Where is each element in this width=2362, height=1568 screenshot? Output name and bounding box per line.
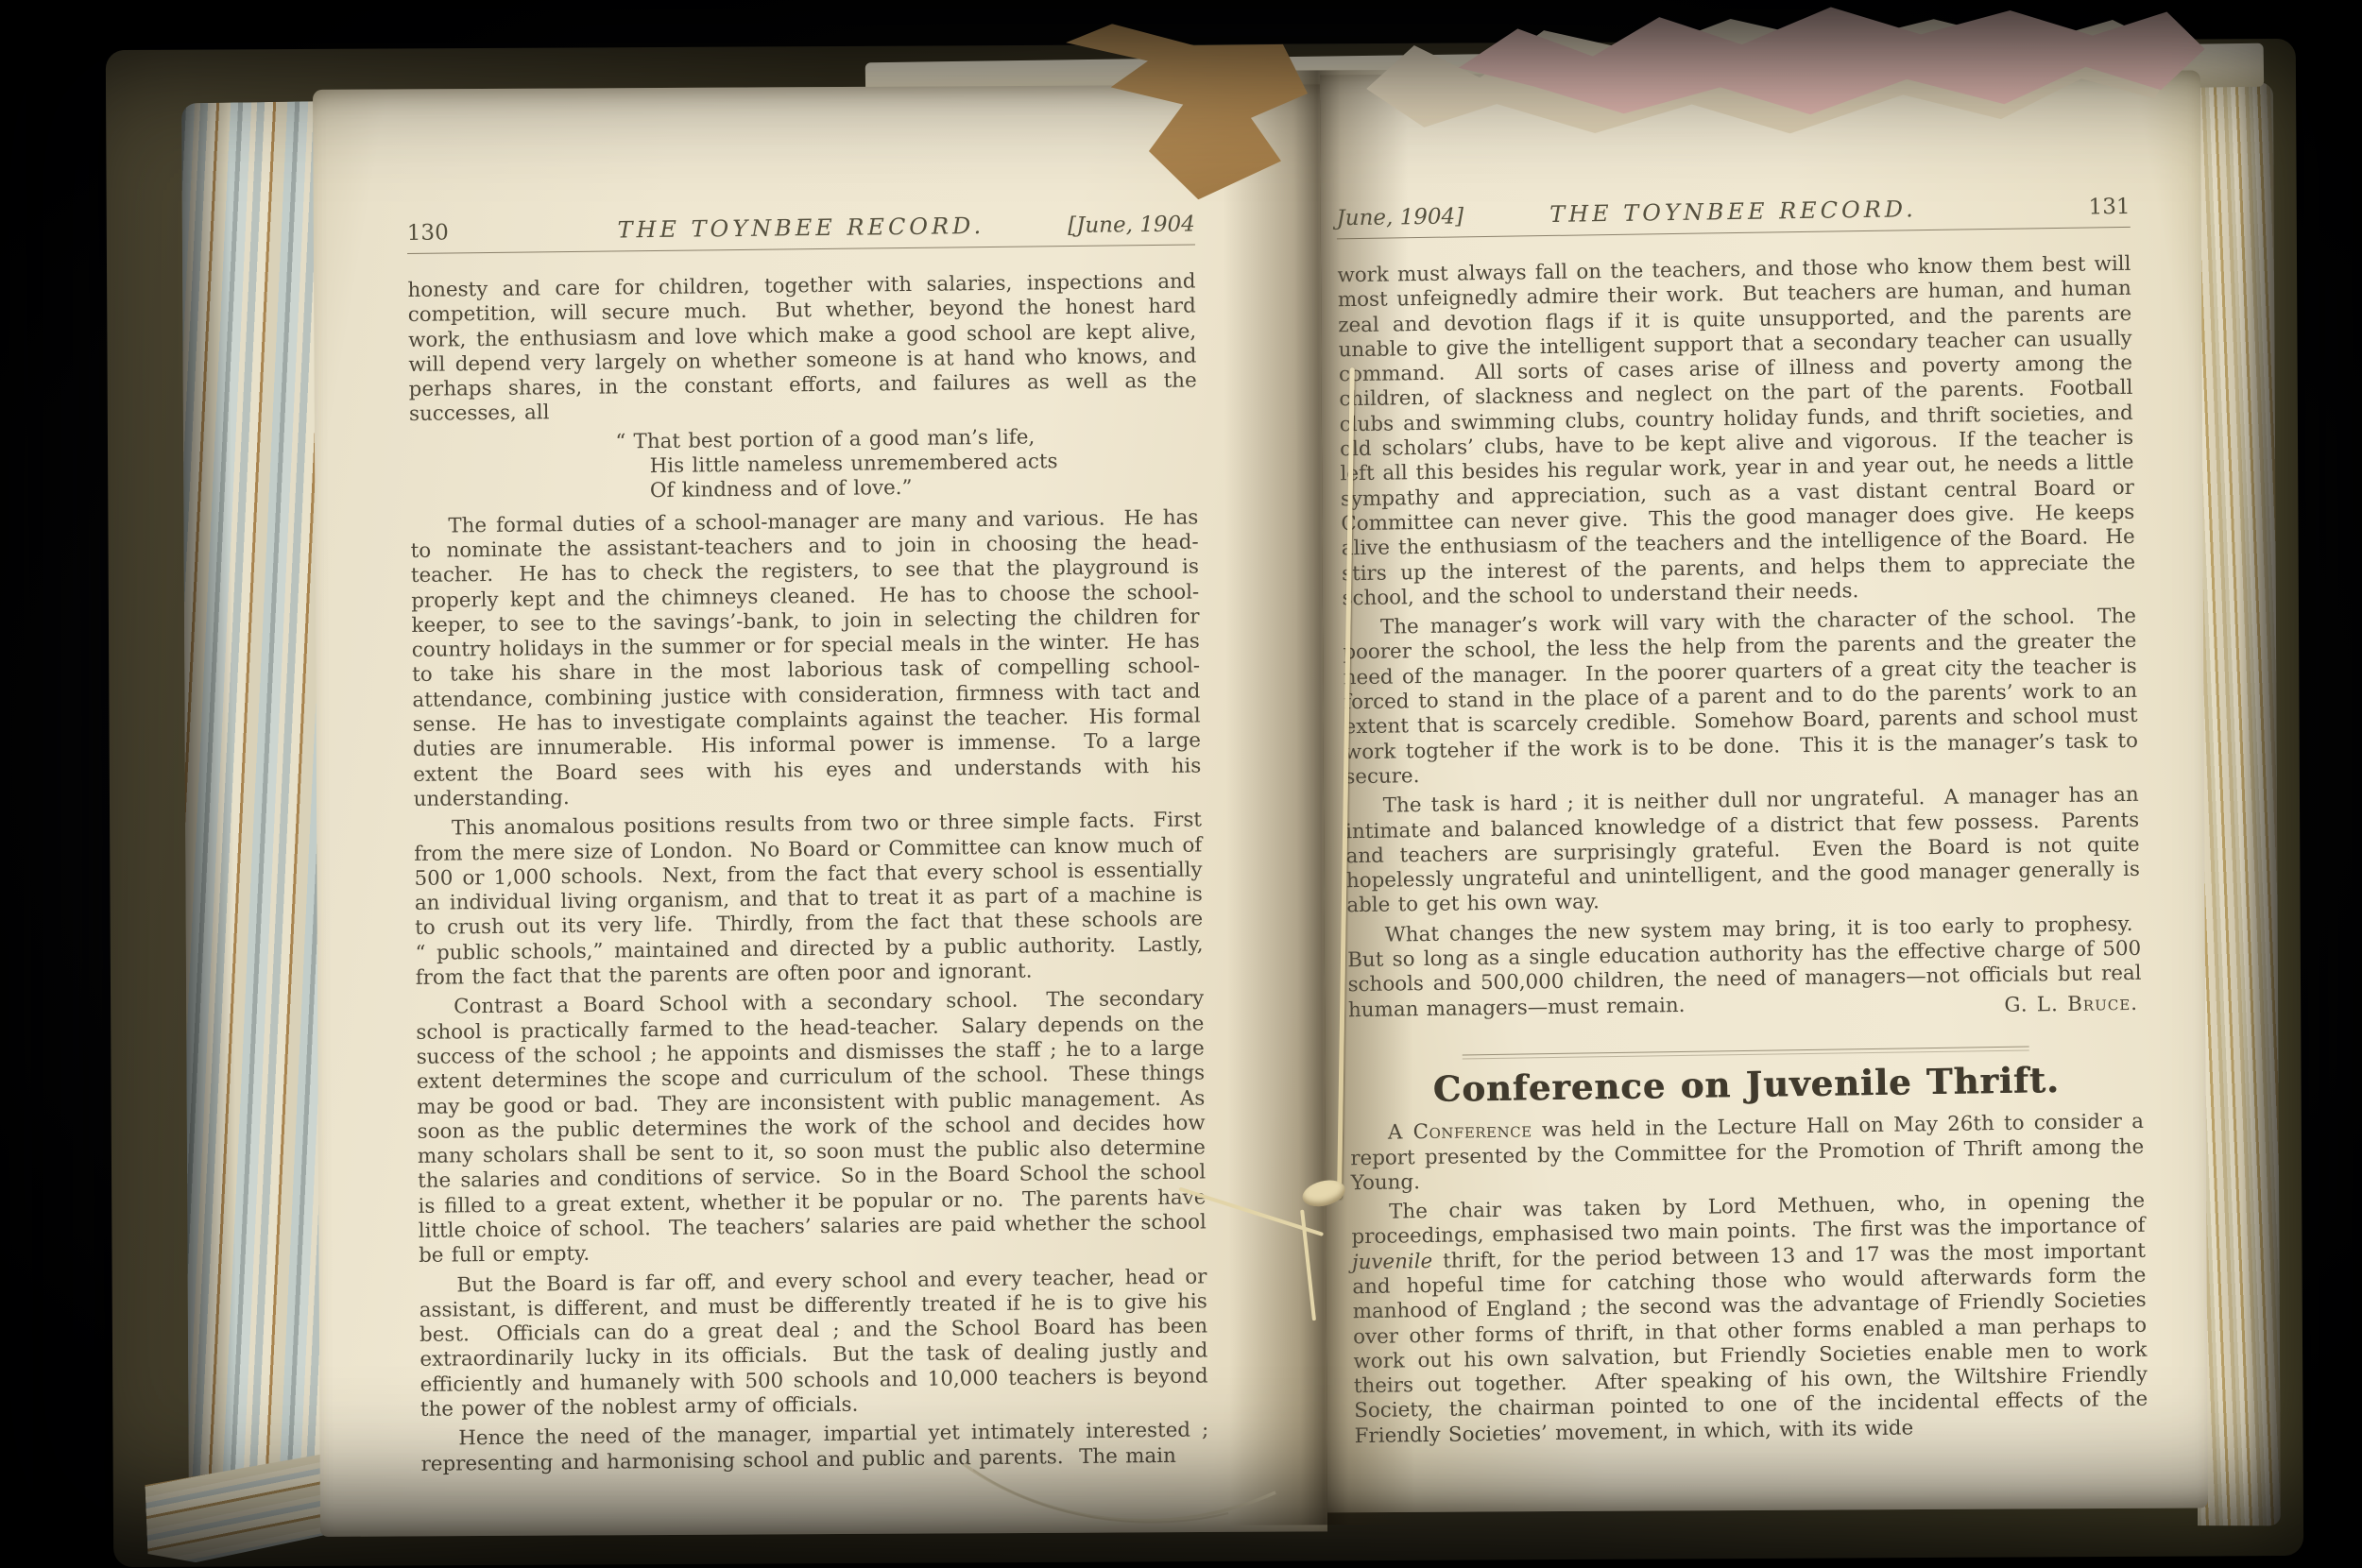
section-divider [1463,1046,2029,1059]
paragraph: But the Board is far off, and every scho… [419,1265,1208,1423]
paragraph-text: thrift, for the period between 13 and 17… [1352,1238,2148,1448]
section-heading: Conference on Juvenile Thrift. [1349,1066,2143,1103]
page-131-body: work must always fall on the teachers, a… [1337,252,2148,1449]
page-131: June, 1904] THE TOYNBEE RECORD. 131 work… [1336,193,2148,1454]
issue-date: [June, 1904 [1035,213,1195,239]
page-number: 130 [407,219,568,246]
page-number: 131 [1969,195,2130,222]
head-rule [407,245,1195,254]
paragraph: Contrast a Board School with a secondary… [416,987,1207,1270]
paragraph: honesty and care for children, together … [407,270,1197,428]
italic-word: juvenile [1352,1250,1433,1274]
paragraph: A Conference was held in the Lecture Hal… [1350,1110,2145,1196]
verse-line: Of kindness and of love.” [650,473,1198,504]
loose-thread [831,1436,1323,1568]
issue-date: June, 1904] [1336,204,1497,231]
paragraph: work must always fall on the teachers, a… [1337,252,2135,612]
paragraph: The manager’s work will vary with the ch… [1343,605,2139,791]
paragraph: The formal duties of a school-manager ar… [410,505,1202,812]
journal-title: THE TOYNBEE RECORD. [1497,195,1969,228]
open-book: 130 THE TOYNBEE RECORD. [June, 1904 hone… [119,46,2290,1559]
photo-background: 130 THE TOYNBEE RECORD. [June, 1904 hone… [0,0,2362,1568]
paragraph: This anomalous positions results from tw… [414,809,1204,992]
page-130-body: honesty and care for children, together … [407,270,1208,1477]
journal-title: THE TOYNBEE RECORD. [568,212,1035,244]
verse-quote: “ That best portion of a good man’s life… [615,423,1198,504]
page-edges-left [181,101,327,1531]
paragraph: The chair was taken by Lord Methuen, who… [1351,1189,2148,1449]
page-130: 130 THE TOYNBEE RECORD. [June, 1904 hone… [407,211,1209,1482]
paragraph: The task is hard ; it is neither dull no… [1345,783,2141,919]
lead-smallcaps: A Conference [1388,1119,1532,1145]
